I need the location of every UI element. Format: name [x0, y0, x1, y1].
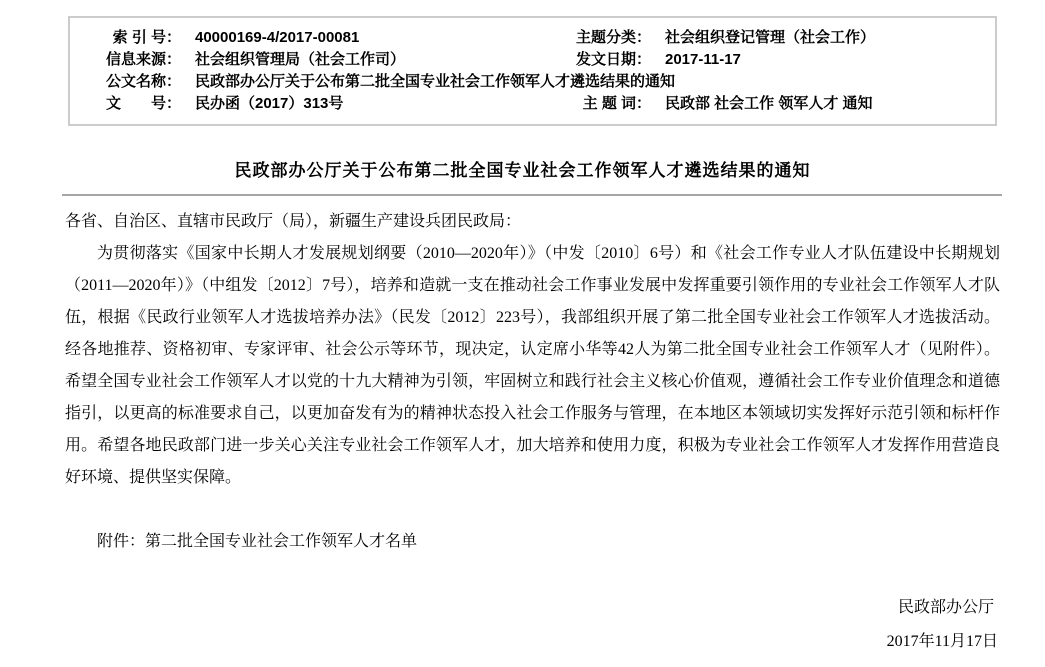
meta-value-document-name: 民政部办公厅关于公布第二批全国专业社会工作领军人才遴选结果的通知 — [195, 71, 995, 93]
signature-org: 民政部办公厅 — [65, 592, 1000, 624]
metadata-table: 索 引 号： 40000169-4/2017-00081 主题分类： 社会组织登… — [68, 16, 997, 126]
meta-label-document-number: 文 号： — [70, 93, 195, 115]
body-paragraph: 为贯彻落实《国家中长期人才发展规划纲要（2010—2020年）》（中发〔2010… — [65, 238, 1000, 494]
page-title: 民政部办公厅关于公布第二批全国专业社会工作领军人才遴选结果的通知 — [0, 156, 1045, 181]
meta-label-info-source: 信息来源： — [70, 49, 195, 71]
signature-date: 2017年11月17日 — [65, 626, 1000, 658]
meta-label-subject-words: 主 题 词： — [555, 93, 665, 115]
attachment-line: 附件：第二批全国专业社会工作领军人才名单 — [65, 526, 1000, 558]
meta-value-subject-words: 民政部 社会工作 领军人才 通知 — [665, 93, 995, 115]
meta-value-topic-category: 社会组织登记管理（社会工作） — [665, 27, 995, 49]
meta-value-issue-date: 2017-11-17 — [665, 49, 995, 71]
meta-value-document-number: 民办函（2017）313号 — [195, 93, 555, 115]
document-page: 索 引 号： 40000169-4/2017-00081 主题分类： 社会组织登… — [0, 0, 1045, 667]
meta-label-issue-date: 发文日期： — [555, 49, 665, 71]
salutation-line: 各省、自治区、直辖市民政厅（局），新疆生产建设兵团民政局： — [65, 206, 1000, 238]
document-body: 各省、自治区、直辖市民政厅（局），新疆生产建设兵团民政局： 为贯彻落实《国家中长… — [65, 206, 1000, 658]
meta-label-document-name: 公文名称： — [70, 71, 195, 93]
meta-value-index-number: 40000169-4/2017-00081 — [195, 27, 555, 49]
meta-label-index-number: 索 引 号： — [70, 27, 195, 49]
title-divider — [62, 194, 1002, 196]
meta-value-info-source: 社会组织管理局（社会工作司） — [195, 49, 555, 71]
meta-label-topic-category: 主题分类： — [555, 27, 665, 49]
